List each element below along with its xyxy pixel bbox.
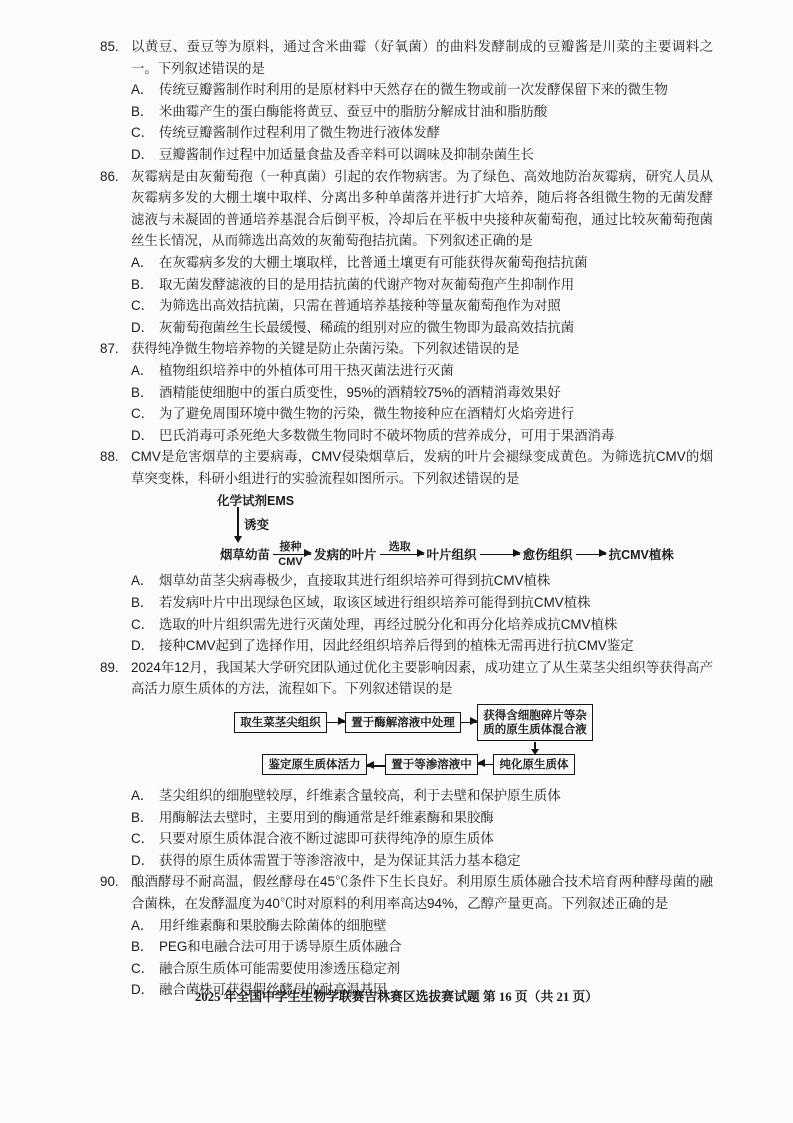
option-label: D． bbox=[131, 144, 159, 166]
option-label: A． bbox=[131, 570, 159, 592]
option-row: D． 获得的原生质体需置于等渗溶液中，是为保证其活力基本稳定 bbox=[131, 850, 713, 872]
option-row: C． 为了避免周围环境中微生物的污染，微生物接种应在酒精灯火焰旁进行 bbox=[131, 403, 713, 425]
question-stem: 灰霉病是由灰葡萄孢（一种真菌）引起的农作物病害。为了绿色、高效地防治灰霉病，研究… bbox=[131, 166, 713, 252]
option-row: A． 植物组织培养中的外植体可用干热灭菌法进行灭菌 bbox=[131, 360, 713, 382]
option-row: C． 只要对原生质体混合液不断过滤即可获得纯净的原生质体 bbox=[131, 828, 713, 850]
option-text: 传统豆瓣酱制作过程利用了微生物进行液体发酵 bbox=[159, 122, 713, 144]
option-row: B． 若发病叶片中出现绿色区域，取该区域进行组织培养可能得到抗CMV植株 bbox=[131, 592, 713, 614]
option-text: 获得的原生质体需置于等渗溶液中，是为保证其活力基本稳定 bbox=[159, 850, 713, 872]
option-row: B． 米曲霉产生的蛋白酶能将黄豆、蚕豆中的脂肪分解成甘油和脂肪酸 bbox=[131, 101, 713, 123]
question-number: 85. bbox=[100, 36, 131, 58]
option-label: C． bbox=[131, 614, 159, 636]
option-row: A． 用纤维素酶和果胶酶去除菌体的细胞壁 bbox=[131, 915, 713, 937]
option-text: 烟草幼苗茎尖病毒极少，直接取其进行组织培养可得到抗CMV植株 bbox=[159, 570, 713, 592]
option-label: B． bbox=[131, 936, 159, 958]
option-label: A． bbox=[131, 79, 159, 101]
option-row: A． 茎尖组织的细胞壁较厚，纤维素含量较高，利于去壁和保护原生质体 bbox=[131, 785, 713, 807]
flow-node-resistant-plant: 抗CMV植株 bbox=[609, 545, 674, 563]
question-stem: 酿酒酵母不耐高温，假丝酵母在45℃条件下生长良好。利用原生质体融合技术培育两种酵… bbox=[131, 871, 713, 914]
question-number: 87. bbox=[100, 338, 131, 360]
flow-node-leaf-tissue: 叶片组织 bbox=[427, 545, 477, 563]
down-arrow-icon bbox=[237, 507, 239, 537]
option-label: C． bbox=[131, 295, 159, 317]
arrow-icon bbox=[461, 722, 477, 724]
option-text: 豆瓣酱制作过程中加适量食盐及香辛料可以调味及抑制杂菌生长 bbox=[159, 144, 713, 166]
option-text: 融合原生质体可能需要使用渗透压稳定剂 bbox=[159, 958, 713, 980]
question-stem: 以黄豆、蚕豆等为原料，通过含米曲霉（好氧菌）的曲料发酵制成的豆瓣酱是川菜的主要调… bbox=[131, 36, 713, 79]
option-row: C． 融合原生质体可能需要使用渗透压稳定剂 bbox=[131, 958, 713, 980]
question-90: 90. 酿酒酵母不耐高温，假丝酵母在45℃条件下生长良好。利用原生质体融合技术培… bbox=[100, 871, 713, 1001]
labeled-arrow-icon: 接种 CMV bbox=[273, 554, 311, 556]
arrow-icon bbox=[576, 554, 606, 556]
option-row: C． 传统豆瓣酱制作过程利用了微生物进行液体发酵 bbox=[131, 122, 713, 144]
q88-flowchart: 化学试剂EMS 诱变 烟草幼苗 接种 CMV 发病的叶片 选取 叶片组织 bbox=[131, 490, 713, 568]
question-85: 85. 以黄豆、蚕豆等为原料，通过含米曲霉（好氧菌）的曲料发酵制成的豆瓣酱是川菜… bbox=[100, 36, 713, 166]
option-text: 为筛选出高效拮抗菌，只需在普通培养基接种等量灰葡萄孢作为对照 bbox=[159, 295, 713, 317]
option-row: D． 接种CMV起到了选择作用，因此经组织培养后得到的植株无需再进行抗CMV鉴定 bbox=[131, 635, 713, 657]
option-label: C． bbox=[131, 828, 159, 850]
option-label: A． bbox=[131, 360, 159, 382]
flow-box-assess-viability: 鉴定原生质体活力 bbox=[262, 754, 367, 775]
flow-node-callus: 愈伤组织 bbox=[523, 545, 573, 563]
reagent-label: 化学试剂EMS bbox=[217, 491, 294, 509]
option-label: B． bbox=[131, 382, 159, 404]
option-row: D． 灰葡萄孢菌丝生长最缓慢、稀疏的组别对应的微生物即为最高效拮抗菌 bbox=[131, 317, 713, 339]
flow-box-purify: 纯化原生质体 bbox=[493, 754, 575, 775]
option-text: 灰葡萄孢菌丝生长最缓慢、稀疏的组别对应的微生物即为最高效拮抗菌 bbox=[159, 317, 713, 339]
question-stem: 获得纯净微生物培养物的关键是防止杂菌污染。下列叙述错误的是 bbox=[131, 338, 713, 360]
option-row: B． 用酶解法去壁时，主要用到的酶通常是纤维素酶和果胶酶 bbox=[131, 807, 713, 829]
option-row: B． PEG和电融合法可用于诱导原生质体融合 bbox=[131, 936, 713, 958]
question-stem: CMV是危害烟草的主要病毒，CMV侵染烟草后，发病的叶片会褪绿变成黄色。为筛选抗… bbox=[131, 446, 713, 489]
question-stem: 2024年12月，我国某大学研究团队通过优化主要影响因素，成功建立了从生菜茎尖组… bbox=[131, 657, 713, 700]
arrow-icon bbox=[480, 554, 520, 556]
option-label: B． bbox=[131, 807, 159, 829]
option-row: B． 酒精能使细胞中的蛋白质变性，95%的酒精较75%的酒精消毒效果好 bbox=[131, 382, 713, 404]
flow-box-enzyme-treat: 置于酶解溶液中处理 bbox=[345, 712, 461, 733]
question-list: 85. 以黄豆、蚕豆等为原料，通过含米曲霉（好氧菌）的曲料发酵制成的豆瓣酱是川菜… bbox=[100, 36, 713, 1001]
option-row: C． 选取的叶片组织需先进行灭菌处理，再经过脱分化和再分化培养成抗CMV植株 bbox=[131, 614, 713, 636]
flow-node-diseased-leaf: 发病的叶片 bbox=[314, 545, 377, 563]
question-87: 87. 获得纯净微生物培养物的关键是防止杂菌污染。下列叙述错误的是 A． 植物组… bbox=[100, 338, 713, 446]
flow-node-seedling: 烟草幼苗 bbox=[220, 545, 270, 563]
option-row: A． 传统豆瓣酱制作时利用的是原材料中天然存在的微生物或前一次发酵保留下来的微生… bbox=[131, 79, 713, 101]
option-row: D． 豆瓣酱制作过程中加适量食盐及香辛料可以调味及抑制杂菌生长 bbox=[131, 144, 713, 166]
question-number: 88. bbox=[100, 446, 131, 468]
option-text: 在灰霉病多发的大棚土壤取样，比普通土壤更有可能获得灰葡萄孢拮抗菌 bbox=[159, 252, 713, 274]
page-footer: 2025 年全国中学生生物学联赛吉林赛区选拔赛试题 第 16 页（共 21 页） bbox=[0, 986, 793, 1005]
option-text: PEG和电融合法可用于诱导原生质体融合 bbox=[159, 936, 713, 958]
option-row: A． 烟草幼苗茎尖病毒极少，直接取其进行组织培养可得到抗CMV植株 bbox=[131, 570, 713, 592]
question-88: 88. CMV是危害烟草的主要病毒，CMV侵染烟草后，发病的叶片会褪绿变成黄色。… bbox=[100, 446, 713, 657]
option-label: D． bbox=[131, 425, 159, 447]
option-label: B． bbox=[131, 274, 159, 296]
option-label: C． bbox=[131, 122, 159, 144]
question-number: 90. bbox=[100, 871, 131, 893]
labeled-arrow-icon: 选取 bbox=[380, 554, 424, 556]
option-label: A． bbox=[131, 252, 159, 274]
option-text: 选取的叶片组织需先进行灭菌处理，再经过脱分化和再分化培养成抗CMV植株 bbox=[159, 614, 713, 636]
option-label: D． bbox=[131, 850, 159, 872]
question-number: 86. bbox=[100, 166, 131, 188]
flow-box-take-tissue: 取生菜茎尖组织 bbox=[234, 712, 327, 733]
option-row: D． 巴氏消毒可杀死绝大多数微生物同时不破坏物质的营养成分，可用于果酒消毒 bbox=[131, 425, 713, 447]
option-text: 接种CMV起到了选择作用，因此经组织培养后得到的植株无需再进行抗CMV鉴定 bbox=[159, 635, 713, 657]
option-row: C． 为筛选出高效拮抗菌，只需在普通培养基接种等量灰葡萄孢作为对照 bbox=[131, 295, 713, 317]
left-arrow-icon bbox=[367, 765, 385, 767]
option-label: C． bbox=[131, 958, 159, 980]
q89-flowchart: 取生菜茎尖组织 置于酶解溶液中处理 获得含细胞碎片等杂质的原生质体混合液 纯化原… bbox=[131, 704, 713, 780]
option-text: 为了避免周围环境中微生物的污染，微生物接种应在酒精灯火焰旁进行 bbox=[159, 403, 713, 425]
option-text: 用纤维素酶和果胶酶去除菌体的细胞壁 bbox=[159, 915, 713, 937]
option-label: B． bbox=[131, 592, 159, 614]
option-text: 巴氏消毒可杀死绝大多数微生物同时不破坏物质的营养成分，可用于果酒消毒 bbox=[159, 425, 713, 447]
exam-page: 85. 以黄豆、蚕豆等为原料，通过含米曲霉（好氧菌）的曲料发酵制成的豆瓣酱是川菜… bbox=[0, 0, 793, 1123]
flow-box-mixture: 获得含细胞碎片等杂质的原生质体混合液 bbox=[477, 704, 593, 741]
question-86: 86. 灰霉病是由灰葡萄孢（一种真菌）引起的农作物病害。为了绿色、高效地防治灰霉… bbox=[100, 166, 713, 339]
option-text: 茎尖组织的细胞壁较厚，纤维素含量较高，利于去壁和保护原生质体 bbox=[159, 785, 713, 807]
arrow-top-label: 选取 bbox=[389, 542, 411, 553]
down-arrow-icon bbox=[534, 742, 536, 749]
option-row: A． 在灰霉病多发的大棚土壤取样，比普通土壤更有可能获得灰葡萄孢拮抗菌 bbox=[131, 252, 713, 274]
flow-box-isotonic: 置于等渗溶液中 bbox=[385, 754, 478, 775]
option-text: 若发病叶片中出现绿色区域，取该区域进行组织培养可能得到抗CMV植株 bbox=[159, 592, 713, 614]
question-number: 89. bbox=[100, 657, 131, 679]
arrow-bottom-label: CMV bbox=[278, 557, 302, 568]
option-text: 传统豆瓣酱制作时利用的是原材料中天然存在的微生物或前一次发酵保留下来的微生物 bbox=[159, 79, 713, 101]
option-text: 取无菌发酵滤液的目的是用拮抗菌的代谢产物对灰葡萄孢产生抑制作用 bbox=[159, 274, 713, 296]
option-label: A． bbox=[131, 915, 159, 937]
arrow-top-label: 接种 bbox=[279, 542, 301, 553]
option-label: D． bbox=[131, 635, 159, 657]
left-arrow-icon bbox=[478, 764, 493, 766]
arrow-icon bbox=[327, 722, 345, 724]
option-label: B． bbox=[131, 101, 159, 123]
option-label: D． bbox=[131, 317, 159, 339]
option-row: B． 取无菌发酵滤液的目的是用拮抗菌的代谢产物对灰葡萄孢产生抑制作用 bbox=[131, 274, 713, 296]
option-text: 米曲霉产生的蛋白酶能将黄豆、蚕豆中的脂肪分解成甘油和脂肪酸 bbox=[159, 101, 713, 123]
question-89: 89. 2024年12月，我国某大学研究团队通过优化主要影响因素，成功建立了从生… bbox=[100, 657, 713, 872]
option-text: 只要对原生质体混合液不断过滤即可获得纯净的原生质体 bbox=[159, 828, 713, 850]
option-label: A． bbox=[131, 785, 159, 807]
option-text: 酒精能使细胞中的蛋白质变性，95%的酒精较75%的酒精消毒效果好 bbox=[159, 382, 713, 404]
option-text: 用酶解法去壁时，主要用到的酶通常是纤维素酶和果胶酶 bbox=[159, 807, 713, 829]
option-text: 植物组织培养中的外植体可用干热灭菌法进行灭菌 bbox=[159, 360, 713, 382]
mutation-label: 诱变 bbox=[244, 515, 269, 533]
option-label: C． bbox=[131, 403, 159, 425]
